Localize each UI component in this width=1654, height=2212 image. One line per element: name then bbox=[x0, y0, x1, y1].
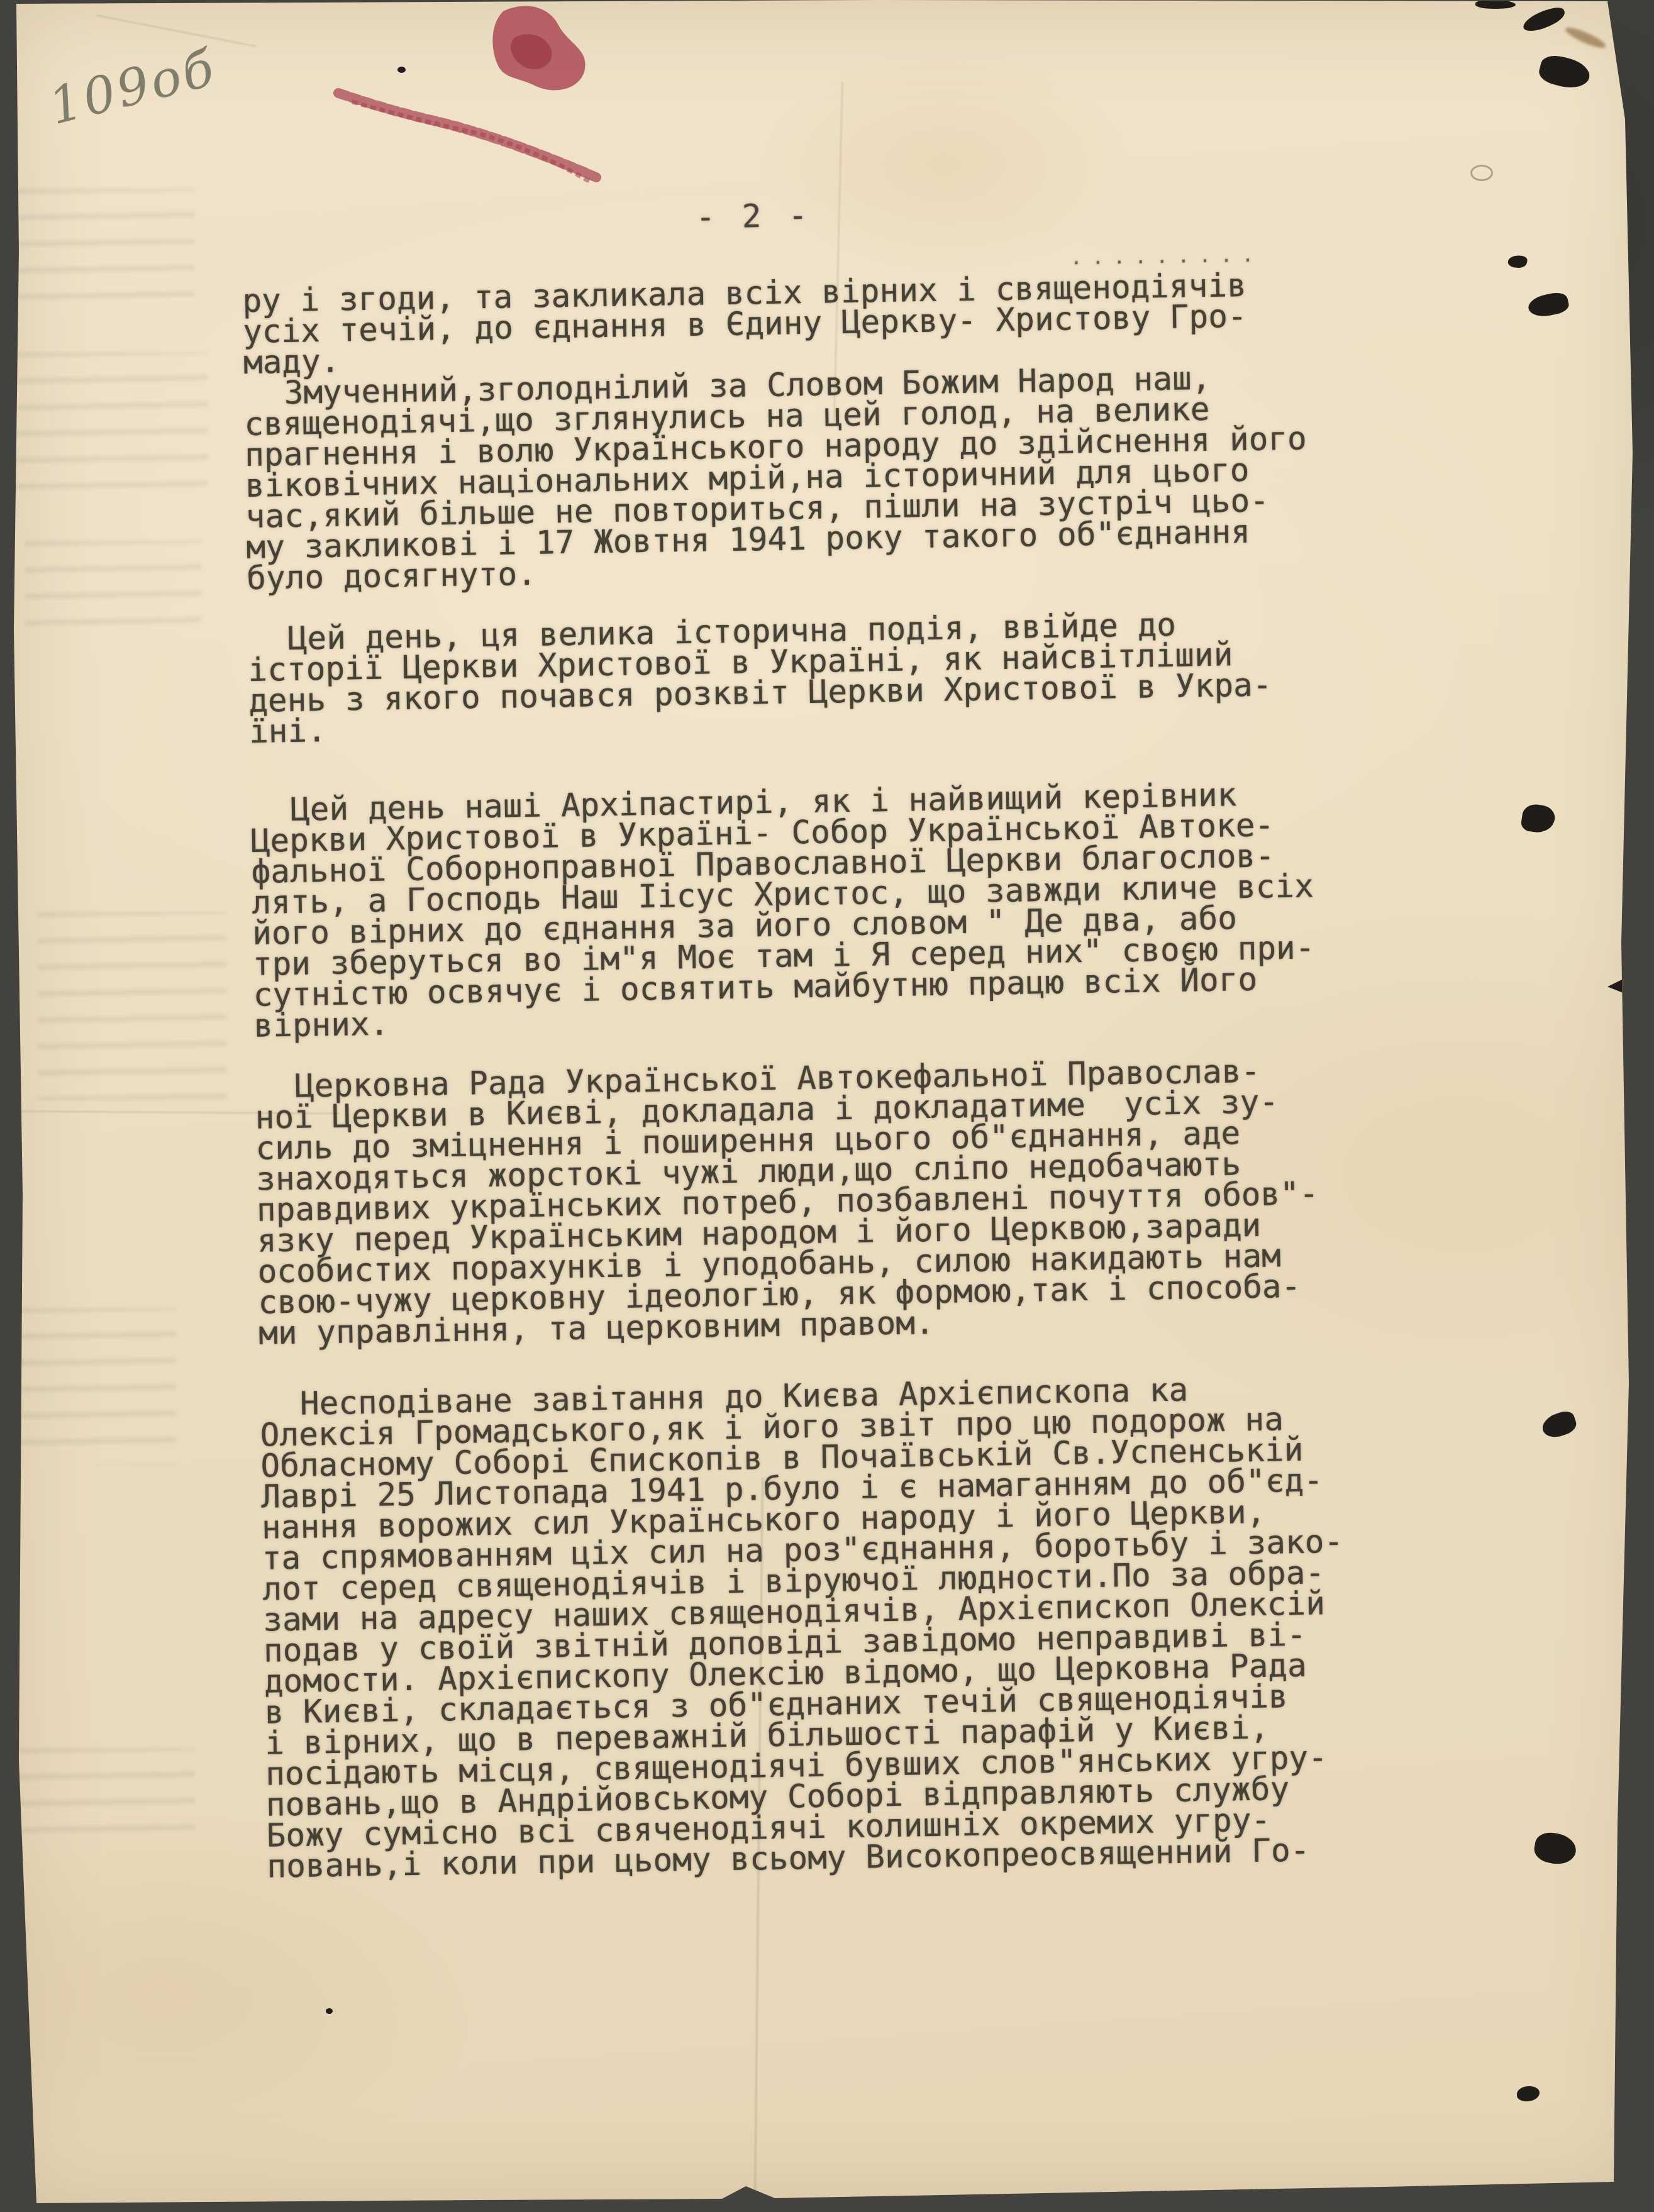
ink-spot bbox=[1537, 52, 1593, 92]
rust-stain bbox=[1563, 24, 1607, 51]
bleed-through-smudge bbox=[25, 541, 201, 641]
paper-crease bbox=[96, 14, 257, 47]
typed-paragraphs: ру і згоди, та закликала всіх вірних і с… bbox=[242, 268, 1387, 1883]
paper-sheet: 109об - 2 - ......... ру і згоди, та зак… bbox=[0, 0, 1654, 2212]
page-number: - 2 - bbox=[696, 201, 811, 233]
typed-paragraph: Цей день наші Архіпастирі, як і найвищий… bbox=[250, 778, 1374, 1042]
paper-flaw-ring bbox=[1470, 165, 1493, 181]
ink-spot bbox=[1475, 0, 1516, 9]
bleed-through-smudge bbox=[38, 912, 226, 1100]
ink-spot bbox=[1520, 803, 1557, 835]
typed-paragraph: Змученний,зголоднілий за Словом Божим На… bbox=[243, 361, 1366, 594]
typed-paragraph: Цей день, ця велика історична подія, вві… bbox=[247, 607, 1368, 748]
ink-spot bbox=[1526, 290, 1570, 320]
ink-spot bbox=[1507, 254, 1528, 270]
red-pencil-mark bbox=[314, 0, 629, 207]
bleed-through-smudge bbox=[19, 1748, 195, 1849]
typed-paragraph: Церковна Рада Української Автокефальної … bbox=[255, 1054, 1379, 1349]
ink-spot bbox=[1532, 1830, 1578, 1867]
typed-paragraph: Несподіване завітання до Києва Архієписк… bbox=[260, 1372, 1387, 1883]
scanned-document-page: { "page": { "archival_note": "109об", "p… bbox=[0, 0, 1654, 2212]
dotted-row: ......... bbox=[1070, 240, 1263, 274]
ink-spot bbox=[397, 67, 406, 73]
bleed-through-smudge bbox=[0, 352, 208, 490]
bleed-through-smudge bbox=[0, 1308, 176, 1465]
handwritten-archival-number: 109об bbox=[43, 38, 222, 136]
ink-spot bbox=[1540, 1409, 1579, 1441]
bleed-through-smudge bbox=[6, 189, 195, 314]
ink-spot bbox=[1521, 4, 1568, 35]
ink-spot bbox=[326, 2008, 333, 2014]
ink-spot bbox=[1517, 2086, 1540, 2101]
typed-text-block: - 2 - ......... ру і згоди, та закликала… bbox=[242, 268, 1387, 1883]
